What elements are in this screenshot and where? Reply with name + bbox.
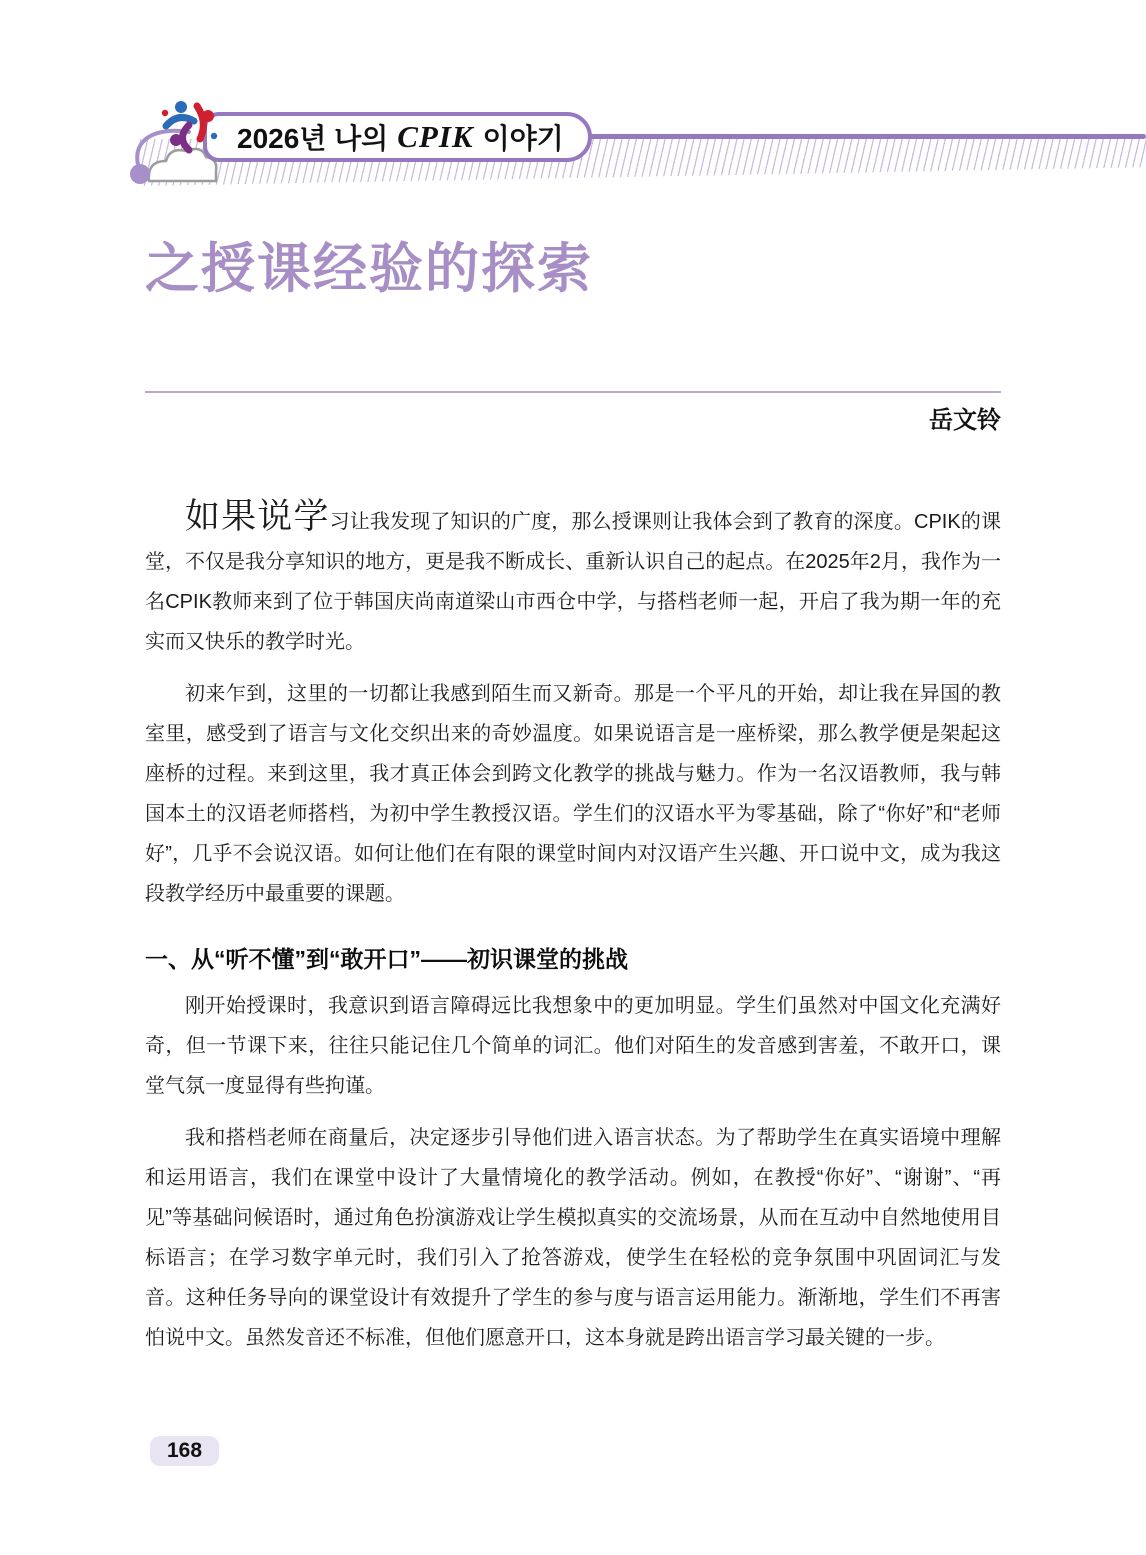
article: 之授课经验的探索 岳文铃 如果说学习让我发现了知识的广度，那么授课则让我体会到了… <box>145 0 1001 1358</box>
paragraph-1: 如果说学习让我发现了知识的广度，那么授课则让我体会到了教育的深度。CPIK的课堂… <box>145 497 1001 662</box>
section-heading: 一、从“听不懂”到“敢开口”——初识课堂的挑战 <box>145 944 1001 974</box>
paragraph-2: 初来乍到，这里的一切都让我感到陌生而又新奇。那是一个平凡的开始，却让我在异国的教… <box>145 674 1001 914</box>
page-number: 168 <box>167 1439 202 1462</box>
document-page: 2026년 나의 CPIK 이야기 之授课经验的探索 岳文铃 如果说学习让我发现… <box>0 0 1146 1555</box>
header-badge: 2026년 나의 CPIK 이야기 <box>203 112 592 162</box>
badge-year-text: 2026년 나의 <box>237 117 388 157</box>
author-name: 岳文铃 <box>145 405 1001 437</box>
divider-rule <box>145 391 1001 393</box>
paragraph-4: 我和搭档老师在商量后，决定逐步引导他们进入语言状态。为了帮助学生在真实语境中理解… <box>145 1118 1001 1358</box>
page-number-badge: 168 <box>150 1436 219 1466</box>
badge-suffix-text: 이야기 <box>483 117 564 157</box>
lead-in-text: 如果说学 <box>185 497 330 536</box>
pin-dot-icon <box>130 164 150 184</box>
cpik-logo-icon <box>156 94 224 162</box>
paragraph-3: 刚开始授课时，我意识到语言障碍远比我想象中的更加明显。学生们虽然对中国文化充满好… <box>145 986 1001 1106</box>
article-title: 之授课经验的探索 <box>145 236 1001 302</box>
badge-brand-text: CPIK <box>397 119 473 155</box>
